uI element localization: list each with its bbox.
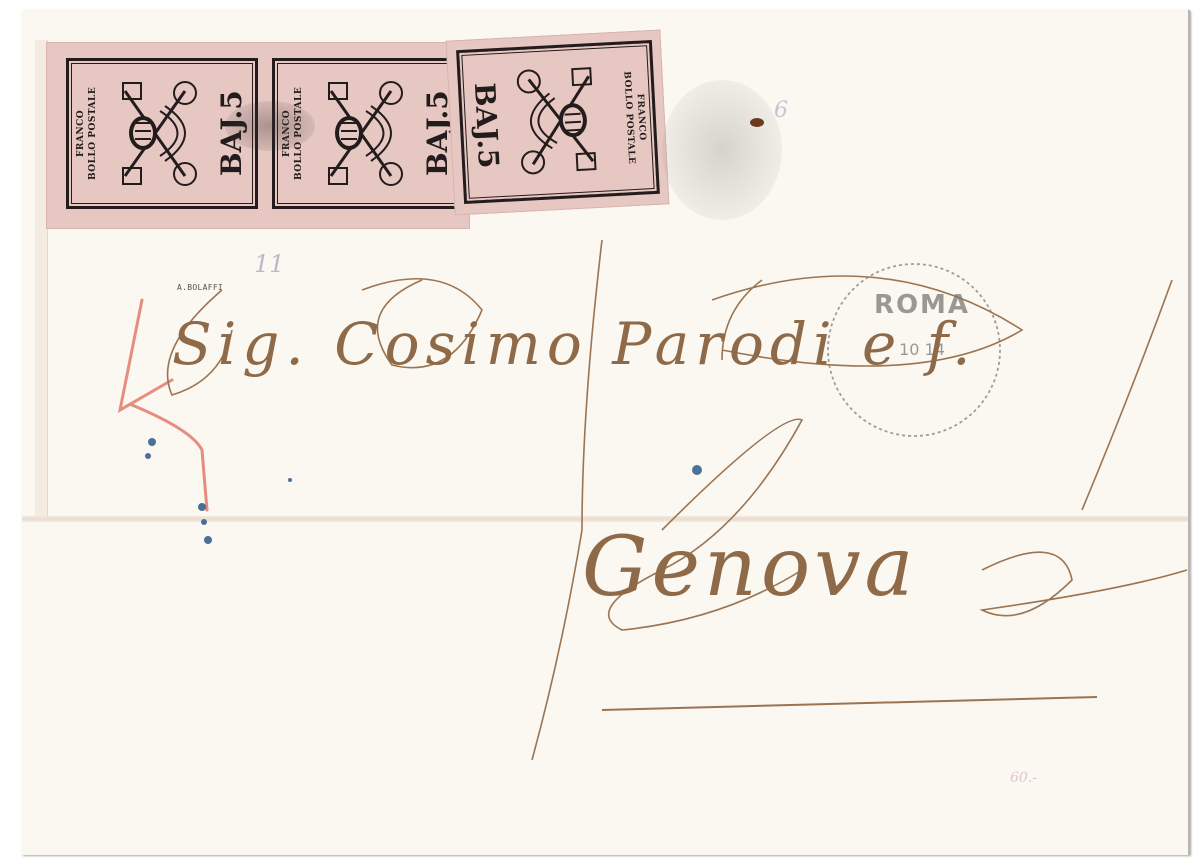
postal-cover: FRANCO BOLLO POSTALE BAJ.5 (22, 10, 1190, 855)
address-line-1: Sig. Cosimo Parodi e f. (172, 310, 977, 378)
address-line-2: Genova (582, 520, 917, 615)
red-crayon-mark (22, 10, 1188, 855)
